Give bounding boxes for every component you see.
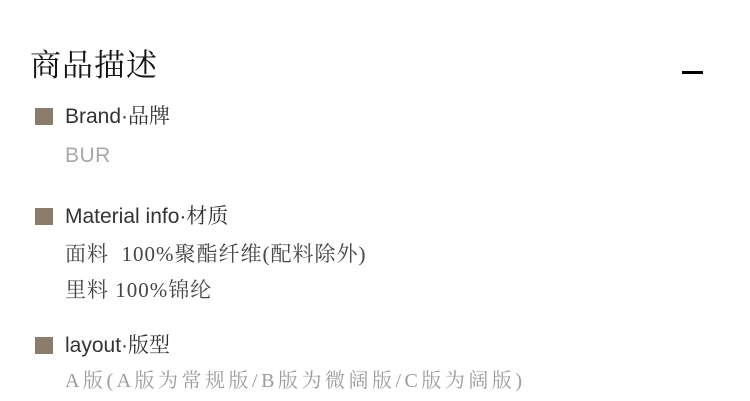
material-lining-line: 里料 100%锦纶 bbox=[65, 278, 750, 302]
brand-value: BUR bbox=[65, 144, 750, 168]
section-label-brand: Brand·品牌 bbox=[65, 106, 170, 127]
section-label-material: Material info·材质 bbox=[65, 206, 228, 227]
section-layout-header: layout·版型 bbox=[35, 335, 750, 356]
section-brand: Brand·品牌 BUR bbox=[35, 106, 750, 168]
section-brand-header: Brand·品牌 bbox=[35, 106, 750, 127]
section-label-layout: layout·版型 bbox=[65, 335, 170, 356]
square-bullet-icon bbox=[35, 208, 53, 225]
section-header: 商品描述 bbox=[0, 0, 750, 84]
page-title: 商品描述 bbox=[30, 48, 158, 84]
product-description-panel: 商品描述 Brand·品牌 BUR Material info·材质 面料 10… bbox=[0, 0, 750, 401]
section-material-header: Material info·材质 bbox=[35, 206, 750, 227]
layout-value: A版(A版为常规版/B版为微阔版/C版为阔版) bbox=[65, 369, 750, 393]
collapse-minus-icon[interactable] bbox=[682, 71, 703, 74]
description-sections: Brand·品牌 BUR Material info·材质 面料 100%聚酯纤… bbox=[0, 106, 750, 393]
square-bullet-icon bbox=[35, 108, 53, 125]
material-fabric-line: 面料 100%聚酯纤维(配料除外) bbox=[65, 242, 750, 266]
section-material: Material info·材质 面料 100%聚酯纤维(配料除外) 里料 10… bbox=[35, 206, 750, 302]
section-layout: layout·版型 A版(A版为常规版/B版为微阔版/C版为阔版) bbox=[35, 335, 750, 393]
square-bullet-icon bbox=[35, 337, 53, 354]
